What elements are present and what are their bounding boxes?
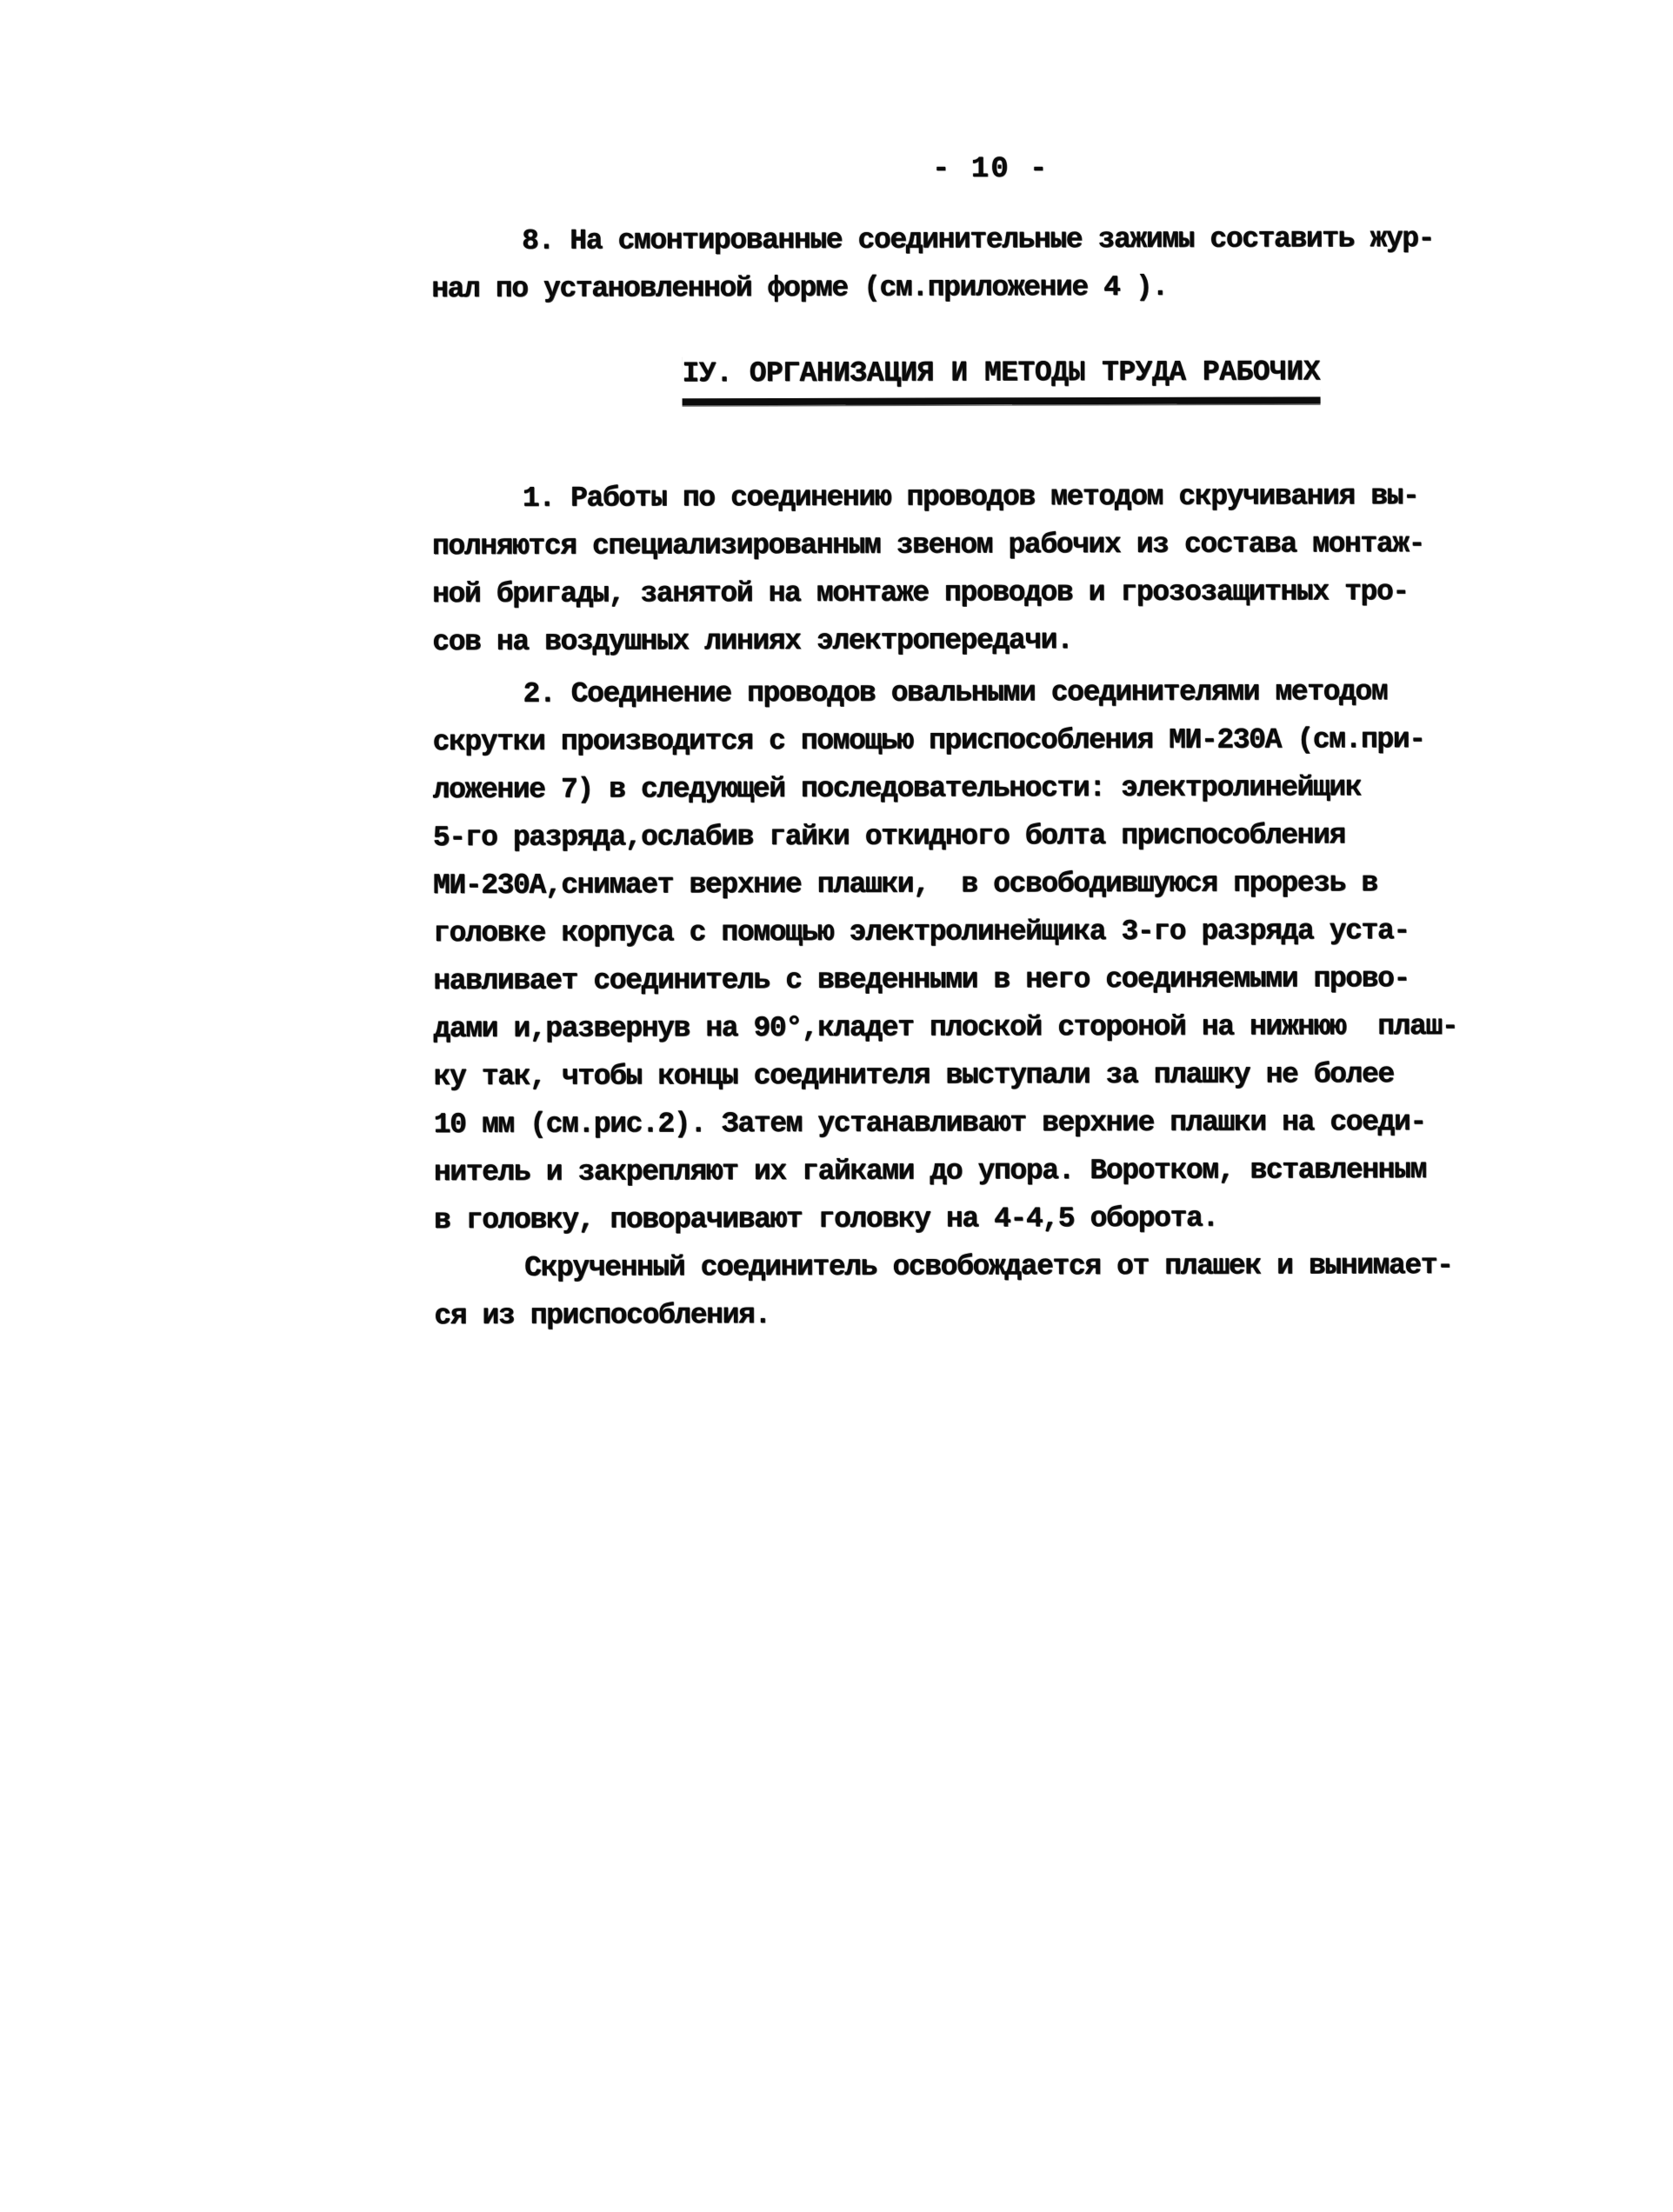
- text-line: нитель и закрепляют их гайками до упора.…: [434, 1146, 1456, 1196]
- document-page: - 10 - 8. На смонтированные соединительн…: [0, 0, 1673, 2212]
- text-line: ной бригады, занятой на монтаже проводов…: [432, 568, 1454, 618]
- text-line: ложение 7) в следующей последовательност…: [433, 763, 1455, 814]
- text-line: нал по установленной форме (см.приложени…: [431, 263, 1453, 313]
- text-line: навливает соединитель с введенными в нег…: [433, 955, 1455, 1005]
- paragraph-2: 2. Соединение проводов овальными соедини…: [432, 668, 1456, 1244]
- paragraph-1: 1. Работы по соединению проводов методом…: [432, 472, 1455, 666]
- text-line: сов на воздушных линиях электропередачи.: [432, 616, 1454, 666]
- text-line: 8. На смонтированные соединительные зажи…: [431, 215, 1453, 265]
- text-line: ся из приспособления.: [434, 1289, 1456, 1340]
- text-line: дами и,развернув на 90°,кладет плоской с…: [433, 1003, 1455, 1053]
- intro-paragraph: 8. На смонтированные соединительные зажи…: [431, 215, 1453, 313]
- text-line: головке корпуса с помощью электролинейщи…: [433, 907, 1455, 957]
- text-line: ку так, чтобы концы соединителя выступал…: [434, 1050, 1456, 1101]
- section-heading-wrap: IУ. ОРГАНИЗАЦИЯ И МЕТОДЫ ТРУДА РАБОЧИХ: [682, 354, 1453, 423]
- text-line: Скрученный соединитель освобождается от …: [434, 1242, 1456, 1292]
- section-heading: IУ. ОРГАНИЗАЦИЯ И МЕТОДЫ ТРУДА РАБОЧИХ: [682, 354, 1320, 405]
- text-line: скрутки производится с помощью приспособ…: [433, 716, 1455, 766]
- text-line: 5-го разряда,ослабив гайки откидного бол…: [433, 811, 1455, 862]
- text-line: в головку, поворачивают головку на 4-4,5…: [434, 1194, 1456, 1244]
- page-number: - 10 -: [932, 153, 1049, 186]
- text-line: 10 мм (см.рис.2). Затем устанавливают ве…: [434, 1098, 1456, 1149]
- text-line: МИ-230А,снимает верхние плашки, в освобо…: [433, 859, 1455, 909]
- text-block: 8. На смонтированные соединительные зажи…: [431, 215, 1456, 1340]
- text-line: 2. Соединение проводов овальными соедини…: [432, 668, 1454, 718]
- text-line: 1. Работы по соединению проводов методом…: [432, 472, 1454, 523]
- paragraph-3: Скрученный соединитель освобождается от …: [434, 1242, 1456, 1340]
- text-line: полняются специализированным звеном рабо…: [432, 520, 1454, 570]
